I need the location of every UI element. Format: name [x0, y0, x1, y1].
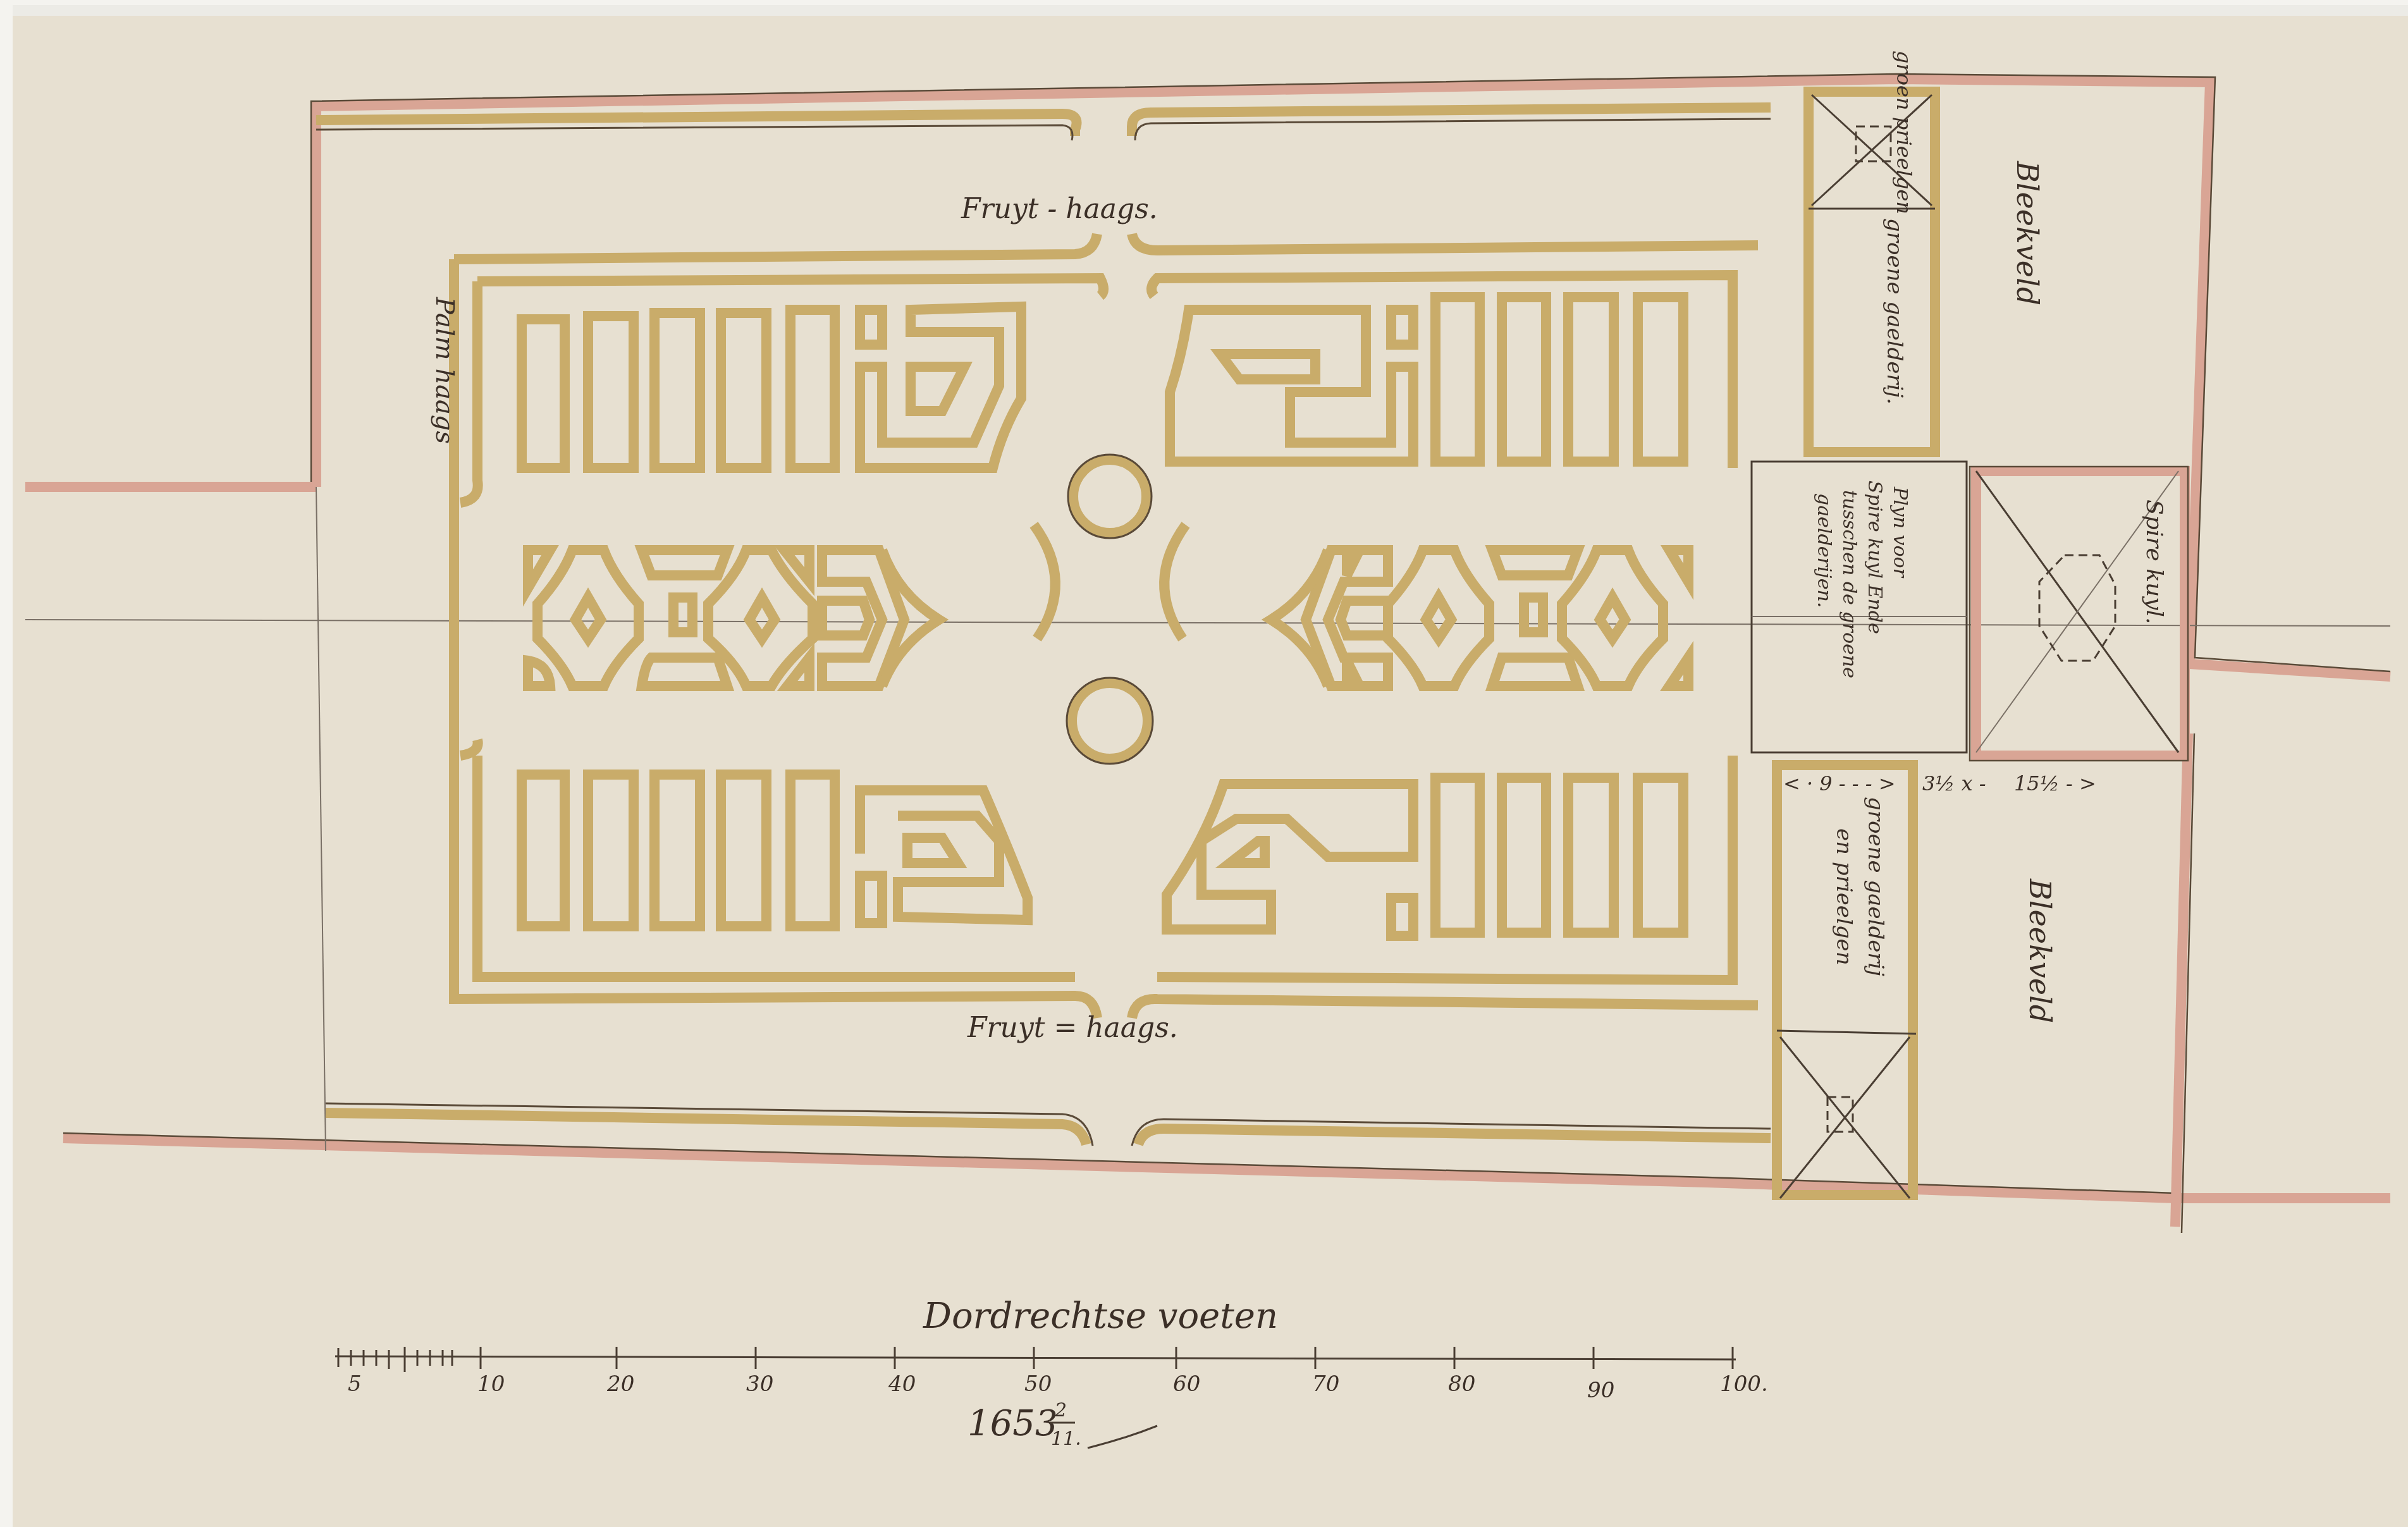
- tick-label: 50: [1024, 1371, 1052, 1397]
- label-note-line2: Spire kuyl Ende: [1864, 481, 1886, 634]
- measure-left: < · 9 - - - >: [1783, 771, 1896, 795]
- tick-label: 90: [1587, 1378, 1614, 1403]
- label-note-line4: gaelderijen.: [1813, 493, 1835, 608]
- garden-plan-drawing: .hedge { fill:none; stroke:#c9ac6a; stro…: [0, 0, 2408, 1527]
- tick-label: 70: [1312, 1371, 1339, 1397]
- minor-ticks: [338, 1347, 452, 1372]
- scale-bar: Dordrechtse voeten 5 10: [335, 1296, 1768, 1450]
- tick-label: 5: [348, 1371, 362, 1397]
- measure-middle: 3½ x -: [1922, 771, 1986, 795]
- center-roundels: [1034, 455, 1186, 764]
- scale-title: Dordrechtse voeten: [923, 1296, 1278, 1337]
- tick-label: 10: [477, 1371, 505, 1397]
- upper-right-key-bed: [1170, 310, 1413, 462]
- middle-ornamental-row-right: [1271, 550, 1688, 686]
- measure-right: 15½ - >: [2014, 771, 2096, 795]
- label-bleach-field-bottom: Bleekveld: [2023, 878, 2057, 1023]
- label-fruit-hedge-top: Fruyt - haags.: [961, 193, 1158, 225]
- tick-label: 30: [746, 1371, 773, 1397]
- tick-label: 80: [1448, 1371, 1475, 1397]
- label-fruit-hedge-bottom: Fruyt = haags.: [967, 1012, 1178, 1044]
- outer-fruit-hedge-top: [316, 107, 1771, 140]
- label-bleach-field-top: Bleekveld: [2010, 161, 2044, 305]
- label-note-line3: tusschen de groene: [1838, 490, 1860, 678]
- scale-date: 1653: [967, 1403, 1058, 1444]
- label-gallery-bottom-1: groene gaelderij: [1863, 797, 1888, 976]
- label-spire-pit: Spire kuyl.: [2141, 500, 2167, 624]
- upper-long-beds-left: [522, 310, 835, 468]
- lower-long-beds-left: [522, 775, 835, 926]
- upper-left-key-bed: [860, 307, 1021, 468]
- label-gallery-bottom-2: en prieelgen: [1831, 828, 1857, 966]
- tick-label: 100.: [1720, 1371, 1768, 1397]
- label-gallery-top: groene gaelderij.: [1882, 218, 1907, 405]
- right-service-strip: [1752, 92, 2188, 1198]
- upper-long-beds-right: [1435, 297, 1683, 462]
- lower-long-beds-right: [1435, 778, 1683, 933]
- outer-fruit-hedge-bottom: [326, 1103, 1771, 1146]
- label-arbor-top: groen prieelgen: [1892, 51, 1916, 214]
- scale-date-den: 11.: [1051, 1428, 1081, 1450]
- middle-ornamental-row-left: [528, 550, 939, 686]
- tick-label: 40: [888, 1371, 916, 1397]
- label-note-line1: Plyn voor: [1889, 486, 1911, 579]
- tick-label: 60: [1173, 1371, 1200, 1397]
- lower-left-key-bed: [860, 790, 1028, 923]
- dimension-annotations: < · 9 - - - > 3½ x - 15½ - >: [1783, 771, 2096, 795]
- lower-right-key-bed: [1167, 784, 1413, 936]
- scale-date-num: 2: [1054, 1399, 1067, 1421]
- tick-label: 20: [606, 1371, 634, 1397]
- label-box-hedge: Palm haags: [430, 297, 459, 444]
